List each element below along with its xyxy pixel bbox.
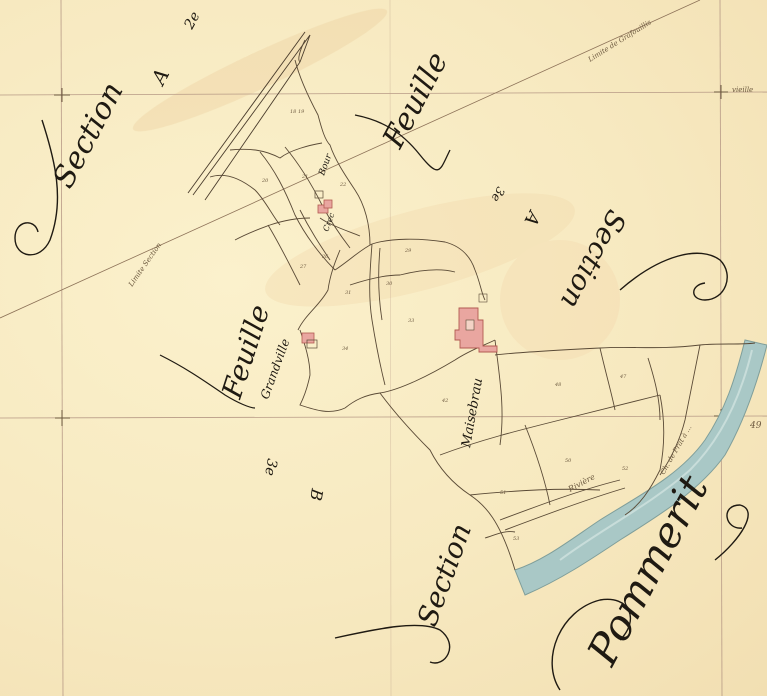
section-letter-bottom: B [306, 486, 327, 502]
margin-note-top: vieille [732, 86, 753, 94]
svg-text:27: 27 [299, 264, 307, 270]
svg-text:31: 31 [345, 290, 351, 296]
hamlet-crec: Crec [321, 211, 336, 233]
svg-text:22: 22 [339, 182, 346, 188]
svg-text:47: 47 [619, 374, 627, 380]
svg-text:52: 52 [622, 466, 628, 472]
svg-text:51: 51 [500, 490, 506, 496]
pencil-note-left: Limite Section [127, 241, 164, 289]
building-grandville [302, 333, 317, 348]
svg-text:26: 26 [321, 254, 329, 260]
map-drawing: 18 192021 222726 313029 333442 484750 51… [0, 0, 767, 696]
pencil-note-top: Limite de Grafouillis [586, 18, 653, 64]
building-bour [315, 191, 332, 213]
svg-text:42: 42 [441, 398, 448, 404]
section-letter-top-left: A [145, 64, 174, 90]
building-maisebrau [455, 294, 497, 352]
svg-text:18 19: 18 19 [290, 109, 305, 115]
section-number-bottom: 3e [261, 457, 280, 477]
flourish-section-top-left [15, 120, 58, 255]
section-number-top-left: 2e [181, 9, 204, 33]
svg-text:33: 33 [408, 318, 414, 324]
margin-note-right: 49 [749, 421, 762, 431]
hamlet-bour: Bour [317, 152, 335, 178]
feuille-label-top: Feuille [376, 47, 456, 155]
svg-text:53: 53 [513, 536, 519, 542]
svg-text:50: 50 [565, 458, 572, 464]
svg-text:48: 48 [554, 382, 561, 388]
svg-text:21: 21 [301, 174, 308, 180]
section-label-top-left: Section [46, 77, 130, 194]
svg-text:34: 34 [342, 346, 348, 352]
svg-text:29: 29 [404, 248, 412, 254]
svg-text:30: 30 [386, 281, 393, 287]
section-label-bottom: Section [411, 519, 478, 630]
hamlet-maisebrau: Maisebrau [459, 377, 486, 450]
cadastral-map: 18 192021 222726 313029 333442 484750 51… [0, 0, 767, 696]
svg-text:20: 20 [261, 178, 269, 184]
paper-stains [126, 0, 620, 360]
